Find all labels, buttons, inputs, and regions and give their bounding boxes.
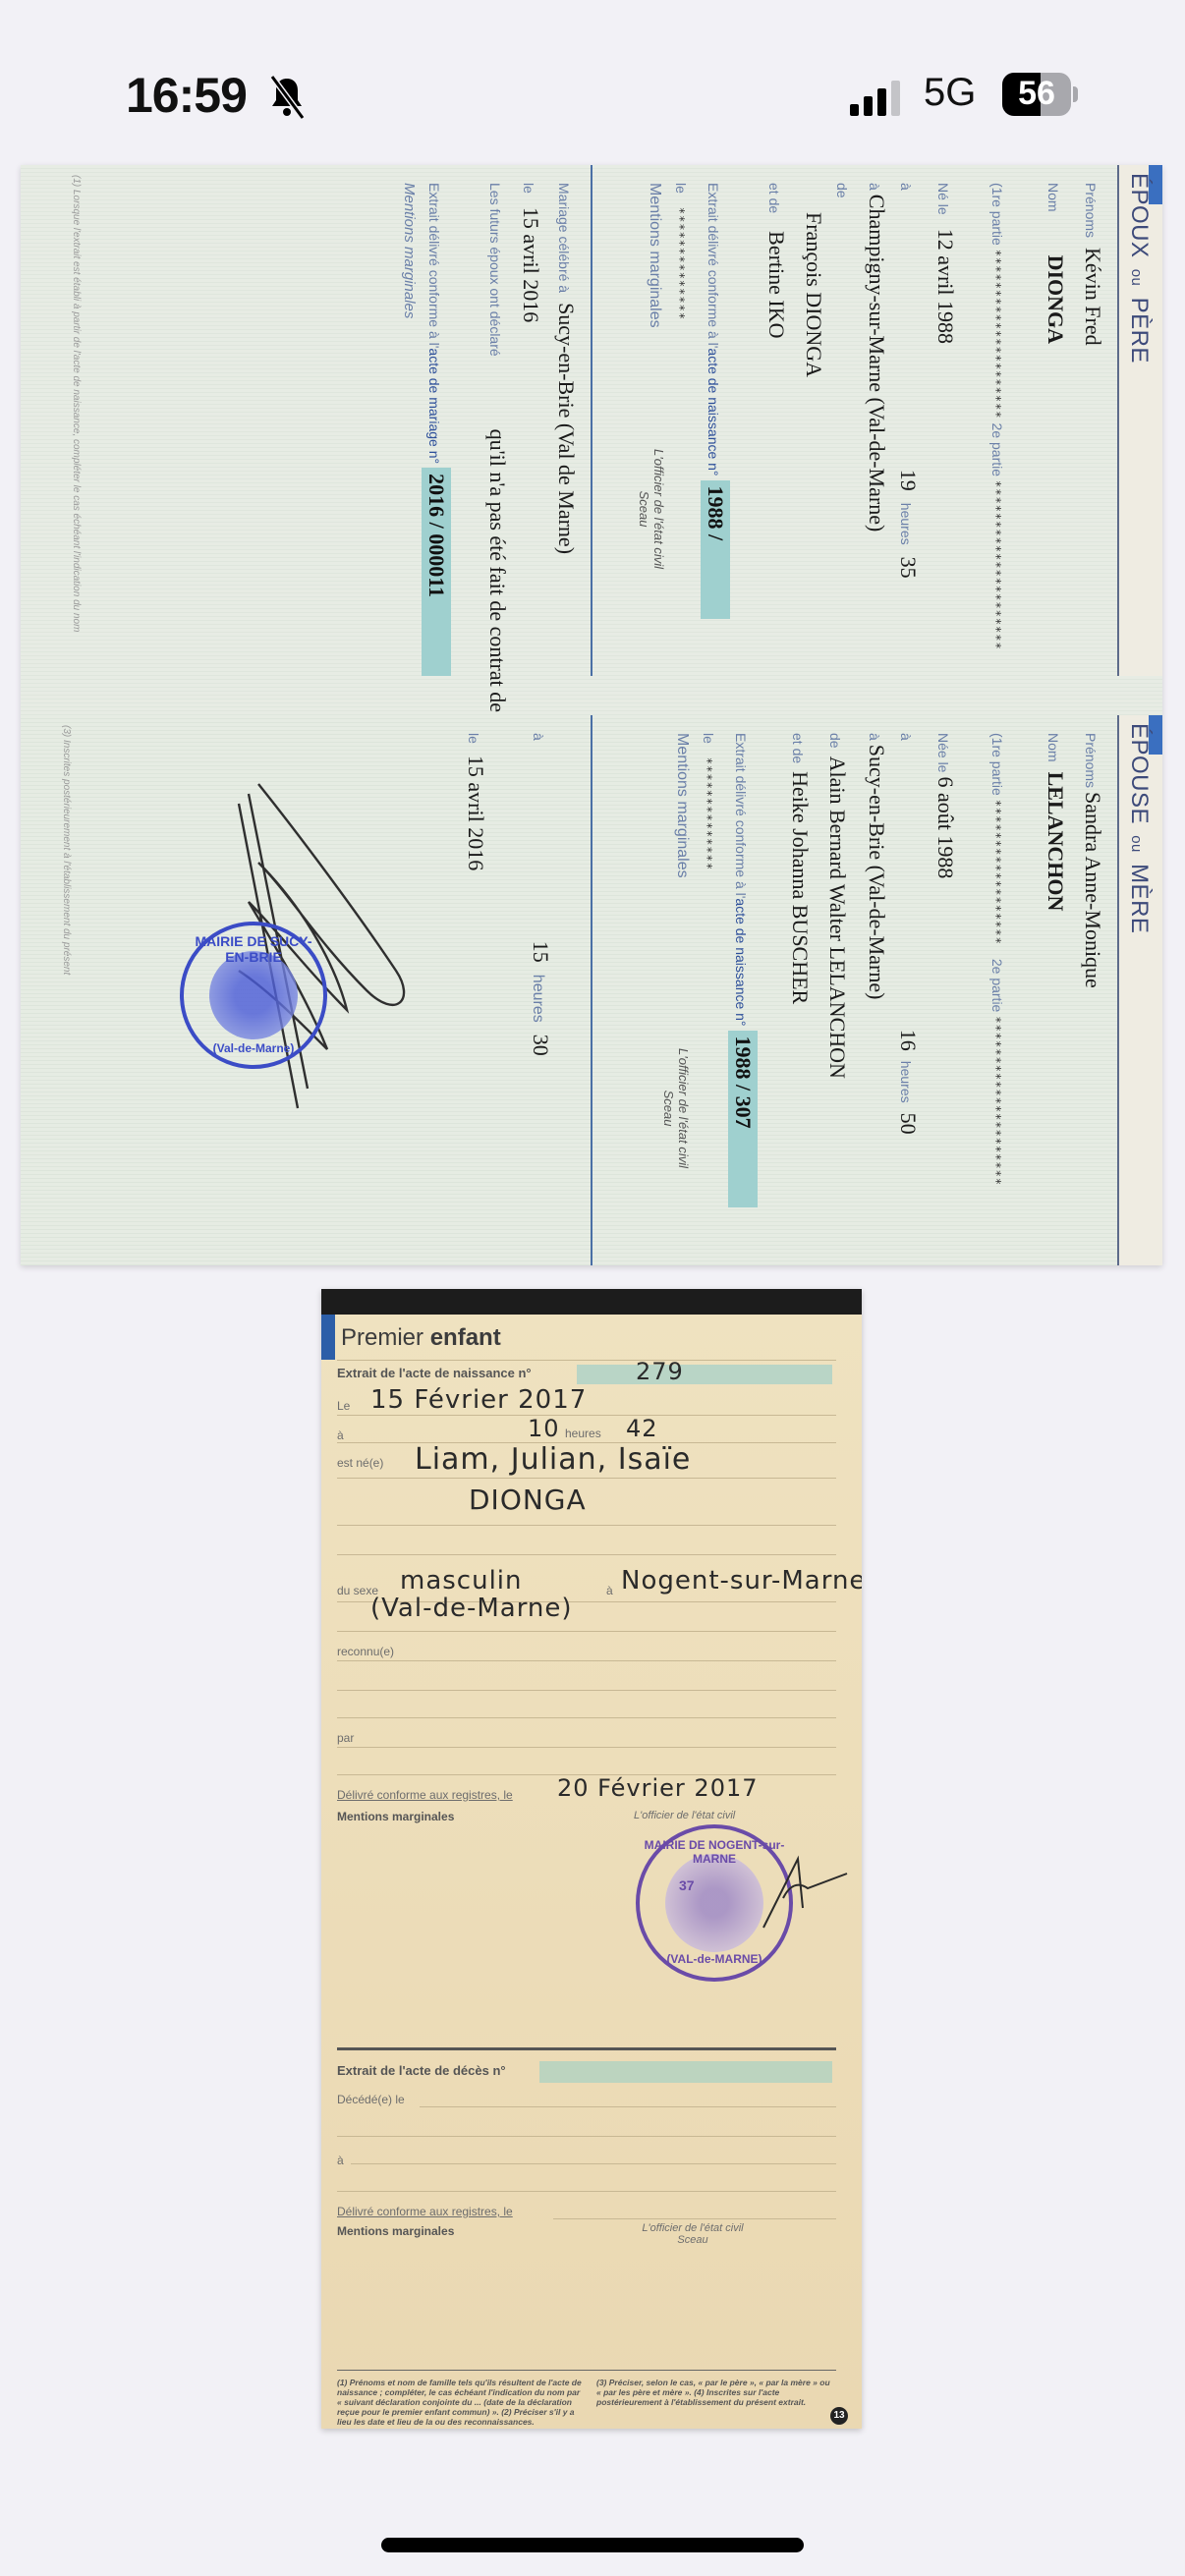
battery-icon: 56	[1002, 73, 1071, 116]
child-nom: DIONGA	[469, 1484, 587, 1516]
epoux-pere: de François DIONGA	[801, 183, 850, 658]
epoux-nom: Nom DIONGA	[1043, 183, 1068, 658]
epouse-pere: de Alain Bernard Walter LELANCHON	[824, 733, 850, 1248]
mariage-lieu: Mariage célébré à Sucy-en-Brie (Val de M…	[553, 183, 579, 658]
section-divider	[337, 2047, 836, 2050]
epouse-header: ÉPOUSE ou MÈRE	[1117, 715, 1162, 1265]
section-tab	[321, 1315, 335, 1360]
delivre-date: 20 Février 2017	[557, 1774, 759, 1802]
footnotes-left: (1) Lorsque l'extrait est établi à parti…	[71, 175, 82, 666]
epouse-naissance: Née le 6 août 1988	[932, 733, 958, 1248]
child-prenoms: Liam, Julian, Isaïe	[415, 1442, 691, 1477]
epouse-acte-number: 1988 / 307	[728, 1031, 758, 1207]
birth-place: Nogent-sur-Marne	[621, 1566, 862, 1596]
footnotes-left: (1) Prénoms et nom de famille tels qu'il…	[337, 2378, 583, 2427]
epouse-prenoms: Prénoms Sandra Anne-Monique	[1080, 733, 1105, 1248]
epoux-parties: (1re partie ********************* 2e par…	[987, 183, 1005, 658]
network-type: 5G	[924, 71, 976, 115]
header-epouse: ÉPOUSE	[1126, 723, 1153, 824]
epoux-acte-number: 1988 /	[701, 480, 730, 620]
mariage-mentions: Mentions marginales	[400, 183, 418, 658]
epoux-mere: et de Bertine IKO	[763, 183, 789, 658]
home-indicator[interactable]	[381, 2538, 804, 2552]
epouse-heure: à 16 heures 50	[895, 733, 921, 1248]
birth-date: 15 Février 2017	[370, 1385, 587, 1415]
mariage-date: le 15 avril 2016	[518, 183, 543, 658]
epouse-nom: Nom LELANCHON	[1043, 733, 1068, 1248]
battery-nub	[1073, 86, 1078, 102]
acte-number-highlight	[577, 1365, 832, 1384]
mairie-sucy-stamp: MAIRIE DE SUCY-EN-BRIE (Val-de-Marne)	[180, 922, 327, 1069]
epoux-lieu: à Champigny-sur-Marne (Val-de-Marne)	[864, 183, 889, 658]
marriage-record-photo[interactable]: ÉPOUX ou PÈRE Prénoms Kévin Fred Nom DIO…	[21, 165, 1162, 1265]
section-divider	[591, 715, 592, 1265]
mariage-heure: à 15 heures 30	[528, 733, 553, 1248]
deces-number-highlight	[539, 2061, 832, 2083]
header-mere: MÈRE	[1126, 864, 1153, 933]
bell-slash-icon	[267, 75, 307, 120]
birth-place-dept: (Val-de-Marne)	[370, 1594, 573, 1623]
epouse-extrait: Extrait délivré conforme à l'acte de nai…	[728, 733, 758, 1248]
child-sexe: masculin	[400, 1566, 523, 1596]
mariage-extrait: Extrait délivré conforme à l'acte de mar…	[422, 183, 451, 658]
marriage-record-page: ÉPOUX ou PÈRE Prénoms Kévin Fred Nom DIO…	[21, 165, 1162, 1265]
page-number: 13	[830, 2407, 848, 2425]
epoux-prenoms: Prénoms Kévin Fred	[1080, 183, 1105, 658]
epouse-parties: (1re partie ****************** 2e partie…	[987, 733, 1005, 1248]
header-pere: PÈRE	[1126, 298, 1153, 364]
birth-minutes: 42	[626, 1415, 658, 1442]
status-bar: 16:59 5G 56	[0, 0, 1185, 167]
mariage-acte-number: 2016 / 000011	[422, 468, 451, 676]
epoux-naissance: Né le 12 avril 1988	[932, 183, 958, 658]
epouse-lieu: à Sucy-en-Brie (Val-de-Marne)	[864, 733, 889, 1248]
footnotes-right: (3) Préciser, selon le cas, « par le pèr…	[596, 2378, 832, 2407]
officer-signature	[754, 1839, 852, 1937]
status-time: 16:59	[126, 67, 247, 124]
mariage-declaration: Les futurs époux ont déclaré qu'il n'a p…	[484, 183, 510, 658]
epoux-extrait: Extrait délivré conforme à l'acte de nai…	[701, 183, 730, 658]
epoux-le: le **************	[671, 183, 689, 658]
epoux-heure: à 19 heures 35	[895, 183, 921, 658]
birth-hour: 10	[528, 1415, 560, 1442]
cellular-signal-icon	[850, 79, 907, 116]
epoux-officier: L'officier de l'état civil Sceau	[637, 411, 666, 607]
battery-percent: 56	[1002, 75, 1071, 113]
epouse-le: le **************	[699, 733, 716, 1248]
footnotes-right: (3) Inscrites postérieurement à l'établi…	[61, 725, 72, 1256]
epoux-header: ÉPOUX ou PÈRE	[1117, 165, 1162, 676]
section-divider	[591, 165, 592, 676]
page-top-edge	[321, 1289, 862, 1315]
epouse-officier: L'officier de l'état civil Sceau	[661, 1010, 691, 1206]
epoux-column: ÉPOUX ou PÈRE Prénoms Kévin Fred Nom DIO…	[21, 165, 1162, 676]
header-epoux: ÉPOUX	[1126, 173, 1153, 258]
epouse-mere: et de Heike Johanna BUSCHER	[787, 733, 813, 1248]
epouse-column: ÉPOUSE ou MÈRE Prénoms Sandra Anne-Moniq…	[21, 715, 1162, 1265]
premier-enfant-title: Premier enfant	[341, 1324, 501, 1352]
child-record-photo[interactable]: Premier enfant Extrait de l'acte de nais…	[321, 1289, 862, 2429]
stamp-emblem	[665, 1854, 763, 1952]
mariage-delivre: le 15 avril 2016	[463, 733, 488, 1248]
acte-number: 279	[636, 1358, 684, 1385]
